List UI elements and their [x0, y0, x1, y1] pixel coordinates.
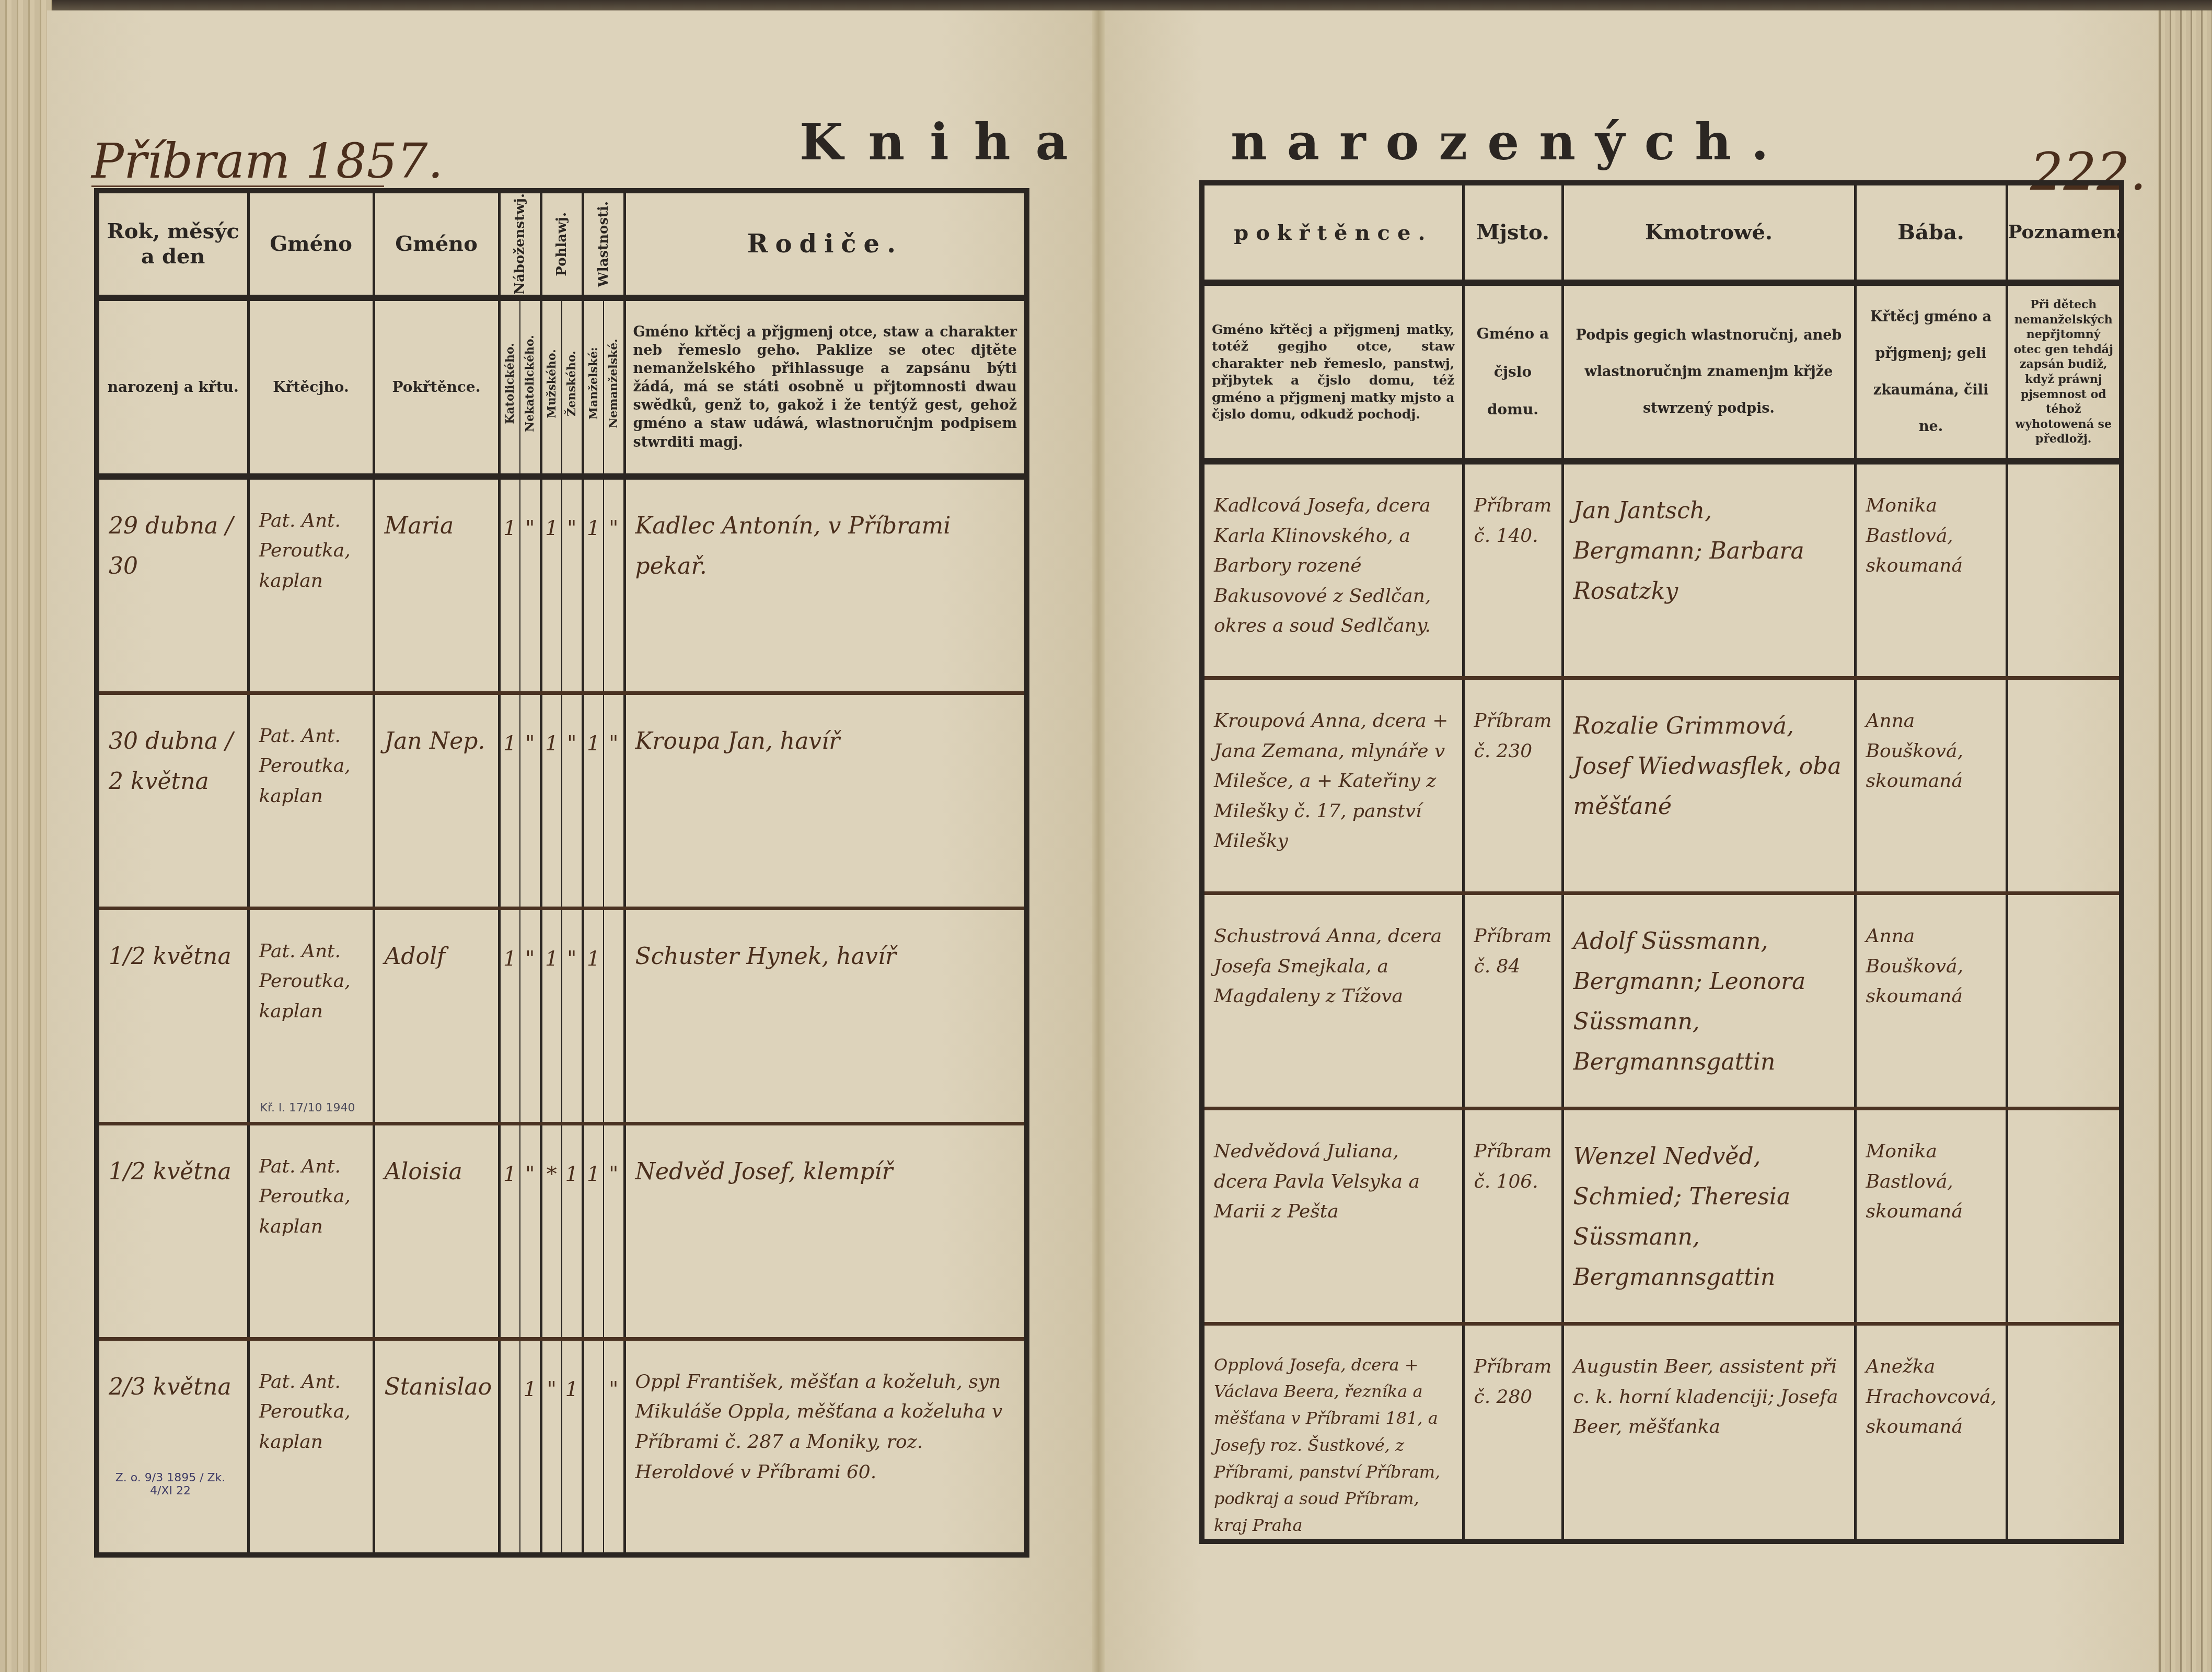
col-place-header: Mjsto.: [1463, 183, 1562, 283]
col-midwife-header: Bába.: [1855, 183, 2007, 283]
table-row: 1/2 května Pat. Ant. Peroutka, kaplan Al…: [97, 1123, 1027, 1339]
right-register-table: pokřtěnce. Mjsto. Kmotrowé. Bába. Poznam…: [1199, 180, 2124, 1544]
book-gutter: [1092, 10, 1105, 1672]
col-child-header: Gméno: [374, 191, 499, 298]
place-year-underline: [91, 185, 384, 187]
place-year-heading: Příbram 1857.: [91, 133, 443, 189]
table-row: 30 dubna / 2 května Pat. Ant. Peroutka, …: [97, 693, 1027, 908]
table-row: Kroupová Anna, dcera + Jana Zemana, mlyn…: [1202, 678, 2122, 893]
right-page-stack: [2155, 10, 2212, 1672]
sex-subcols: Mužského. Ženského.: [542, 301, 582, 473]
place-year-text: Příbram 1857.: [91, 133, 443, 189]
col-baptizer-header: Gméno: [248, 191, 374, 298]
table-row: 2/3 května Z. o. 9/3 1895 / Zk. 4/XI 22 …: [97, 1339, 1027, 1555]
col-date-header: Rok, měsýc a den: [97, 191, 248, 298]
legitimacy-subcols: Manželské: Nemanželské.: [584, 301, 623, 473]
col-legitimacy-header: Wlastnosti.: [583, 191, 624, 298]
religion-subcols: Katolického. Nekatolického.: [501, 301, 540, 473]
col-remarks-header: Poznamenánj.: [2007, 183, 2122, 283]
book-title-right: narozených.: [1231, 112, 1788, 171]
header-row-sub: Gméno křtěcj a přjgmenj matky, totéž geg…: [1202, 283, 2122, 461]
pencil-note: Kř. l. 17/10 1940: [260, 1101, 355, 1114]
table-row: Kadlcová Josefa, dcera Karla Klinovského…: [1202, 461, 2122, 678]
col-parents-header: Rodiče.: [624, 191, 1027, 298]
col-sex-header: Pohlawj.: [541, 191, 583, 298]
table-row: 29 dubna / 30 Pat. Ant. Peroutka, kaplan…: [97, 477, 1027, 693]
left-register-table: Rok, měsýc a den Gméno Gméno Náboženstwj…: [94, 188, 1029, 1558]
col-godparents-header: Kmotrowé.: [1562, 183, 1855, 283]
book-title-left: Kniha: [800, 112, 1093, 171]
table-row: Schustrová Anna, dcera Josefa Smejkala, …: [1202, 893, 2122, 1109]
header-row-top: Rok, měsýc a den Gméno Gméno Náboženstwj…: [97, 191, 1027, 298]
pencil-note: Z. o. 9/3 1895 / Zk. 4/XI 22: [108, 1471, 233, 1497]
table-row: Opplová Josefa, dcera + Václava Beera, ř…: [1202, 1324, 2122, 1542]
table-row: 1/2 května Pat. Ant. Peroutka, kaplan Kř…: [97, 908, 1027, 1123]
header-row-sub: narozenj a křtu. Křtěcjho. Pokřtěnce. Ka…: [97, 298, 1027, 477]
col-religion-header: Náboženstwj.: [499, 191, 541, 298]
col-mother-header: pokřtěnce.: [1202, 183, 1463, 283]
left-page-stack: [0, 0, 52, 1672]
header-row-top: pokřtěnce. Mjsto. Kmotrowé. Bába. Poznam…: [1202, 183, 2122, 283]
table-row: Nedvědová Juliana, dcera Pavla Velsyka a…: [1202, 1109, 2122, 1324]
